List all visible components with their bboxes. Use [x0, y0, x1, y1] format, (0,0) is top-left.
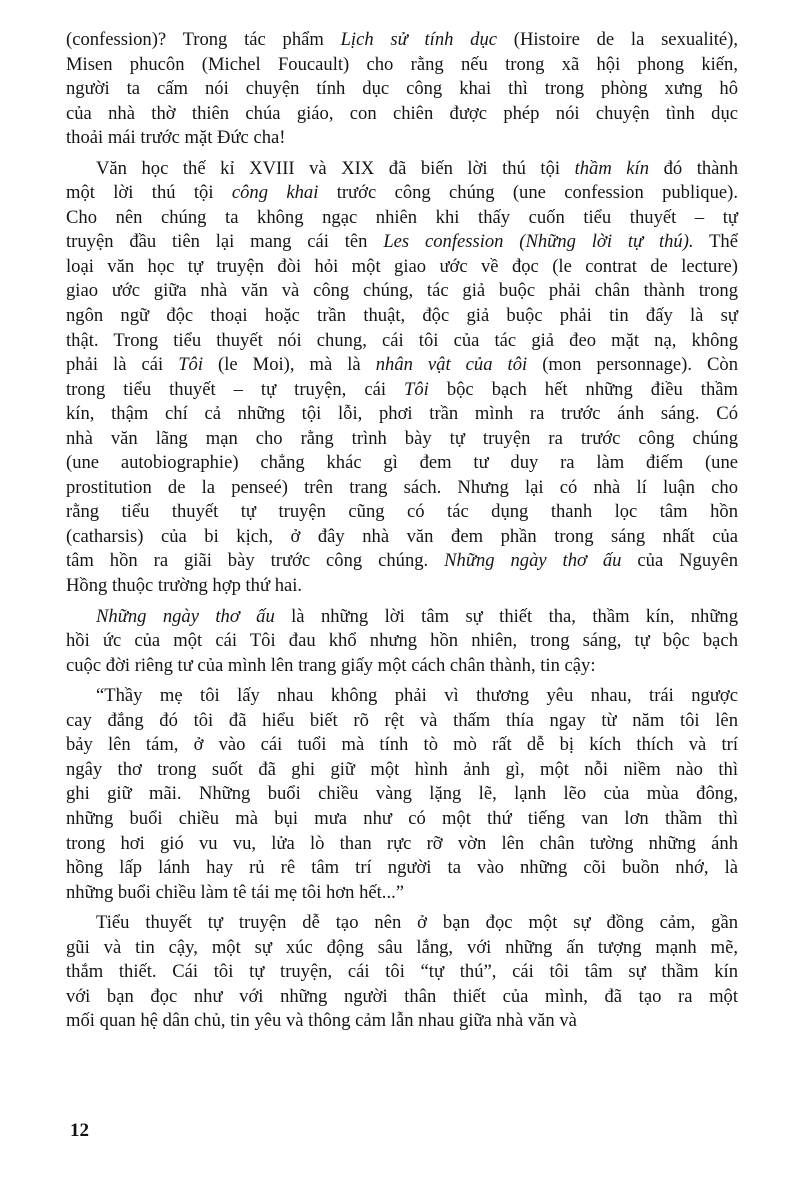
- text-run: nhà văn lãng mạn cho rằng trình bày tự t…: [66, 428, 738, 449]
- text-line: cay đắng đó tôi đã hiểu biết rõ rệt và t…: [66, 709, 738, 734]
- text-run: tâm hồn ra giãi bày trước công chúng.: [66, 550, 444, 571]
- text-line: (une autobiographie) chẳng khác gì đem t…: [66, 451, 738, 476]
- paragraph: “Thầy mẹ tôi lấy nhau không phải vì thươ…: [66, 684, 738, 905]
- text-line: của nhà thờ thiên chúa giáo, con chiên đ…: [66, 102, 738, 127]
- italic-text: Những ngày thơ ấu: [96, 606, 275, 627]
- text-line: Misen phucôn (Michel Foucault) cho rằng …: [66, 53, 738, 78]
- text-line: kín, thậm chí cả những tội lỗi, phơi trầ…: [66, 402, 738, 427]
- text-run: ngôn ngữ độc thoại hoặc trần thuật, độc …: [66, 305, 738, 326]
- text-run: người ta cấm nói chuyện tính dục công kh…: [66, 78, 738, 99]
- text-line: ghi giữ mãi. Những buổi chiều vàng lặng …: [66, 782, 738, 807]
- text-run: trong tiểu thuyết – tự truyện, cái: [66, 379, 404, 400]
- text-run: hồi ức của một cái Tôi đau khổ nhưng hồn…: [66, 630, 738, 651]
- text-run: Hồng thuộc trường hợp thứ hai.: [66, 575, 302, 596]
- text-line: trong hơi gió vu vu, lửa lò than rực rỡ …: [66, 832, 738, 857]
- text-line: Tiểu thuyết tự truyện dễ tạo nên ở bạn đ…: [66, 911, 738, 936]
- text-line: trong tiểu thuyết – tự truyện, cái Tôi b…: [66, 378, 738, 403]
- page-number: 12: [70, 1120, 89, 1142]
- text-run: cay đắng đó tôi đã hiểu biết rõ rệt và t…: [66, 710, 738, 731]
- text-line: Những ngày thơ ấu là những lời tâm sự th…: [66, 605, 738, 630]
- text-line: hồi ức của một cái Tôi đau khổ nhưng hồn…: [66, 629, 738, 654]
- text-run: giao ước giữa nhà văn và công chúng, tác…: [66, 280, 738, 301]
- italic-text: nhân vật của tôi: [376, 354, 527, 375]
- text-line: (confession)? Trong tác phẩm Lịch sử tín…: [66, 28, 738, 53]
- text-run: những buổi chiều làm tê tái mẹ tôi hơn h…: [66, 882, 404, 903]
- book-page-text: (confession)? Trong tác phẩm Lịch sử tín…: [66, 28, 738, 1034]
- text-run: là những lời tâm sự thiết tha, thầm kín,…: [275, 606, 738, 627]
- text-run: thoải mái trước mặt Đức cha!: [66, 127, 285, 148]
- text-run: kín, thậm chí cả những tội lỗi, phơi trầ…: [66, 403, 738, 424]
- text-run: đó thành: [649, 158, 738, 179]
- text-line: “Thầy mẹ tôi lấy nhau không phải vì thươ…: [66, 684, 738, 709]
- text-line: phải là cái Tôi (le Moi), mà là nhân vật…: [66, 353, 738, 378]
- text-line: thật. Trong tiểu thuyết nói chung, cái t…: [66, 329, 738, 354]
- text-line: một lời thú tội công khai trước công chú…: [66, 181, 738, 206]
- text-line: Cho nên chúng ta không ngạc nhiên khi th…: [66, 206, 738, 231]
- italic-text: Les confession (Những lời tự thú).: [383, 231, 693, 252]
- text-line: người ta cấm nói chuyện tính dục công kh…: [66, 77, 738, 102]
- text-run: mối quan hệ dân chủ, tin yêu và thông cả…: [66, 1010, 577, 1031]
- text-run: (une autobiographie) chẳng khác gì đem t…: [66, 452, 738, 473]
- text-line: Văn học thế kỉ XVIII và XIX đã biến lời …: [66, 157, 738, 182]
- text-run: (confession)? Trong tác phẩm: [66, 29, 341, 50]
- text-line: (catharsis) của bi kịch, ở đây nhà văn đ…: [66, 525, 738, 550]
- text-run: hồng lấp lánh hay rủ rê tâm trí người ta…: [66, 857, 738, 878]
- text-line: giao ước giữa nhà văn và công chúng, tác…: [66, 279, 738, 304]
- text-line: Hồng thuộc trường hợp thứ hai.: [66, 574, 738, 599]
- text-run: prostitution de la penseé) trên trang sá…: [66, 477, 738, 498]
- text-run: trước công chúng (une confession publiqu…: [318, 182, 738, 203]
- text-run: loại văn học tự truyện đòi hỏi một giao …: [66, 256, 738, 277]
- text-run: Tiểu thuyết tự truyện dễ tạo nên ở bạn đ…: [96, 912, 738, 933]
- text-run: của Nguyên: [621, 550, 738, 571]
- text-run: (le Moi), mà là: [203, 354, 376, 375]
- text-line: mối quan hệ dân chủ, tin yêu và thông cả…: [66, 1009, 738, 1034]
- italic-text: Những ngày thơ ấu: [444, 550, 621, 571]
- text-line: truyện đầu tiên lại mang cái tên Les con…: [66, 230, 738, 255]
- text-line: thoải mái trước mặt Đức cha!: [66, 126, 738, 151]
- text-run: gũi và tin cậy, một sự xúc động sâu lắng…: [66, 937, 738, 958]
- text-run: bộc bạch hết những điều thầm: [429, 379, 738, 400]
- text-run: Misen phucôn (Michel Foucault) cho rằng …: [66, 54, 738, 75]
- text-line: rằng tiểu thuyết tự truyện cũng có tác d…: [66, 500, 738, 525]
- paragraph: (confession)? Trong tác phẩm Lịch sử tín…: [66, 28, 738, 151]
- text-line: bảy lên tám, ở vào cái tuổi mà tính tò m…: [66, 733, 738, 758]
- italic-text: thầm kín: [575, 158, 649, 179]
- italic-text: Tôi: [404, 379, 429, 400]
- italic-text: Tôi: [178, 354, 203, 375]
- text-run: ngây thơ trong suốt đã ghi giữ một hình …: [66, 759, 738, 780]
- paragraph: Văn học thế kỉ XVIII và XIX đã biến lời …: [66, 157, 738, 599]
- text-line: hồng lấp lánh hay rủ rê tâm trí người ta…: [66, 856, 738, 881]
- text-line: prostitution de la penseé) trên trang sá…: [66, 476, 738, 501]
- text-line: tâm hồn ra giãi bày trước công chúng. Nh…: [66, 549, 738, 574]
- text-run: (Histoire de la sexualité),: [497, 29, 738, 50]
- text-run: thắm thiết. Cái tôi tự truyện, cái tôi “…: [66, 961, 738, 982]
- paragraph: Những ngày thơ ấu là những lời tâm sự th…: [66, 605, 738, 679]
- text-run: bảy lên tám, ở vào cái tuổi mà tính tò m…: [66, 734, 738, 755]
- text-line: những buổi chiều mà bụi mưa như có một t…: [66, 807, 738, 832]
- text-line: thắm thiết. Cái tôi tự truyện, cái tôi “…: [66, 960, 738, 985]
- text-run: ghi giữ mãi. Những buổi chiều vàng lặng …: [66, 783, 738, 804]
- text-run: trong hơi gió vu vu, lửa lò than rực rỡ …: [66, 833, 738, 854]
- text-run: Thể: [694, 231, 738, 252]
- text-run: rằng tiểu thuyết tự truyện cũng có tác d…: [66, 501, 738, 522]
- text-line: với bạn đọc như với những người thân thi…: [66, 985, 738, 1010]
- text-run: (mon personnage). Còn: [527, 354, 738, 375]
- paragraph: Tiểu thuyết tự truyện dễ tạo nên ở bạn đ…: [66, 911, 738, 1034]
- text-run: Văn học thế kỉ XVIII và XIX đã biến lời …: [96, 158, 575, 179]
- text-line: ngôn ngữ độc thoại hoặc trần thuật, độc …: [66, 304, 738, 329]
- text-run: truyện đầu tiên lại mang cái tên: [66, 231, 383, 252]
- italic-text: Lịch sử tính dục: [341, 29, 497, 50]
- text-run: phải là cái: [66, 354, 178, 375]
- text-line: cuộc đời riêng tư của mình lên trang giấ…: [66, 654, 738, 679]
- text-run: (catharsis) của bi kịch, ở đây nhà văn đ…: [66, 526, 738, 547]
- text-run: Cho nên chúng ta không ngạc nhiên khi th…: [66, 207, 738, 228]
- text-run: thật. Trong tiểu thuyết nói chung, cái t…: [66, 330, 738, 351]
- text-line: những buổi chiều làm tê tái mẹ tôi hơn h…: [66, 881, 738, 906]
- text-run: “Thầy mẹ tôi lấy nhau không phải vì thươ…: [96, 685, 738, 706]
- italic-text: công khai: [232, 182, 319, 203]
- text-line: nhà văn lãng mạn cho rằng trình bày tự t…: [66, 427, 738, 452]
- text-line: gũi và tin cậy, một sự xúc động sâu lắng…: [66, 936, 738, 961]
- text-run: những buổi chiều mà bụi mưa như có một t…: [66, 808, 738, 829]
- text-line: ngây thơ trong suốt đã ghi giữ một hình …: [66, 758, 738, 783]
- text-run: một lời thú tội: [66, 182, 232, 203]
- text-run: cuộc đời riêng tư của mình lên trang giấ…: [66, 655, 596, 676]
- text-run: với bạn đọc như với những người thân thi…: [66, 986, 738, 1007]
- text-line: loại văn học tự truyện đòi hỏi một giao …: [66, 255, 738, 280]
- text-run: của nhà thờ thiên chúa giáo, con chiên đ…: [66, 103, 738, 124]
